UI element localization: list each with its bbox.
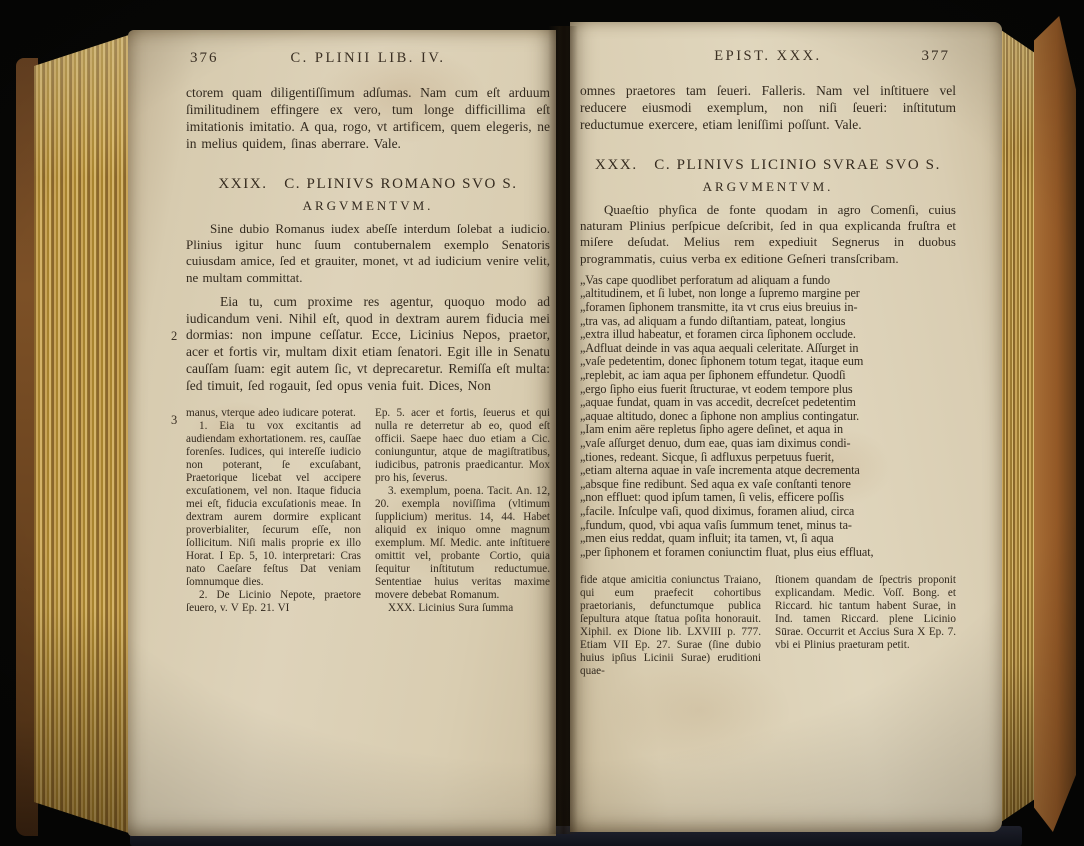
left-intro-paragraph: ctorem quam diligentiſſimum adſumas. Nam… <box>186 84 550 152</box>
right-footnote-continuation-2: ſtionem quandam de ſpectris proponit exp… <box>775 574 956 652</box>
right-argument-label: ARGVMENTVM. <box>580 179 956 195</box>
right-page-header: EPIST. XXX. 377 <box>580 48 956 68</box>
left-main-body: 2 3 Eia tu, cum proxime res agentur, quo… <box>186 294 550 395</box>
left-footnotes: manus, vterque adeo iudicare poterat. 1.… <box>186 407 550 615</box>
right-intro-paragraph: omnes praetores tam ſeueri. Falleris. Na… <box>580 82 956 133</box>
section-number-3: 3 <box>171 413 177 428</box>
right-letter-heading: XXX. C. PLINIVS LICINIO SVRAE SVO S. <box>580 157 956 174</box>
left-page-header: 376 C. PLINII LIB. IV. <box>186 50 550 70</box>
left-page-number: 376 <box>190 50 219 67</box>
footnote-2: 2. De Licinio Nepote, praetore ſeuero, v… <box>186 589 361 615</box>
left-running-title: C. PLINII LIB. IV. <box>186 50 550 67</box>
left-page-text-block: 376 C. PLINII LIB. IV. ctorem quam dilig… <box>186 50 550 615</box>
right-footnote-continuation-1: fide atque amicitia coniunctus Traiano, … <box>580 574 761 678</box>
gilt-fore-edge-left <box>34 34 132 834</box>
right-argument-text: Quaeſtio phyſica de fonte quodam in agro… <box>580 202 956 267</box>
left-argument-label: ARGVMENTVM. <box>186 198 550 214</box>
right-page-text-block: EPIST. XXX. 377 omnes praetores tam ſeue… <box>580 48 956 678</box>
section-number-2: 2 <box>171 329 177 344</box>
left-page: 376 C. PLINII LIB. IV. ctorem quam dilig… <box>128 30 556 836</box>
footnote-2-continuation: Ep. 5. acer et fortis, ſeuerus et qui nu… <box>375 407 550 485</box>
leather-cover-right-edge <box>1034 16 1076 832</box>
right-page: EPIST. XXX. 377 omnes praetores tam ſeue… <box>570 22 1002 832</box>
right-running-title: EPIST. XXX. <box>580 48 956 65</box>
footnote-3: 3. exemplum, poena. Tacit. An. 12, 20. e… <box>375 485 550 602</box>
footnote-1: 1. Eia tu vox excitantis ad audiendam ex… <box>186 420 361 589</box>
segner-quotation: „Vas cape quodlibet perforatum ad aliqua… <box>580 274 956 559</box>
left-footnote-column-1: manus, vterque adeo iudicare poterat. 1.… <box>186 407 361 615</box>
left-argument-text: Sine dubio Romanus iudex abeſſe interdum… <box>186 221 550 286</box>
left-letter-heading: XXIX. C. PLINIVS ROMANO SVO S. <box>186 176 550 193</box>
left-body-paragraph: Eia tu, cum proxime res agentur, quoquo … <box>186 294 550 395</box>
right-page-number: 377 <box>922 48 951 65</box>
right-footnote-column-2: ſtionem quandam de ſpectris proponit exp… <box>775 574 956 678</box>
left-footnote-column-2: Ep. 5. acer et fortis, ſeuerus et qui nu… <box>375 407 550 615</box>
gilt-fore-edge-right <box>1001 30 1036 822</box>
right-footnote-column-1: fide atque amicitia coniunctus Traiano, … <box>580 574 761 678</box>
footnote-continuation: manus, vterque adeo iudicare poterat. <box>186 407 361 420</box>
right-footnotes: fide atque amicitia coniunctus Traiano, … <box>580 574 956 678</box>
photo-backdrop: 376 C. PLINII LIB. IV. ctorem quam dilig… <box>0 0 1084 846</box>
footnote-xxx-start: XXX. Licinius Sura ſumma <box>375 602 550 615</box>
